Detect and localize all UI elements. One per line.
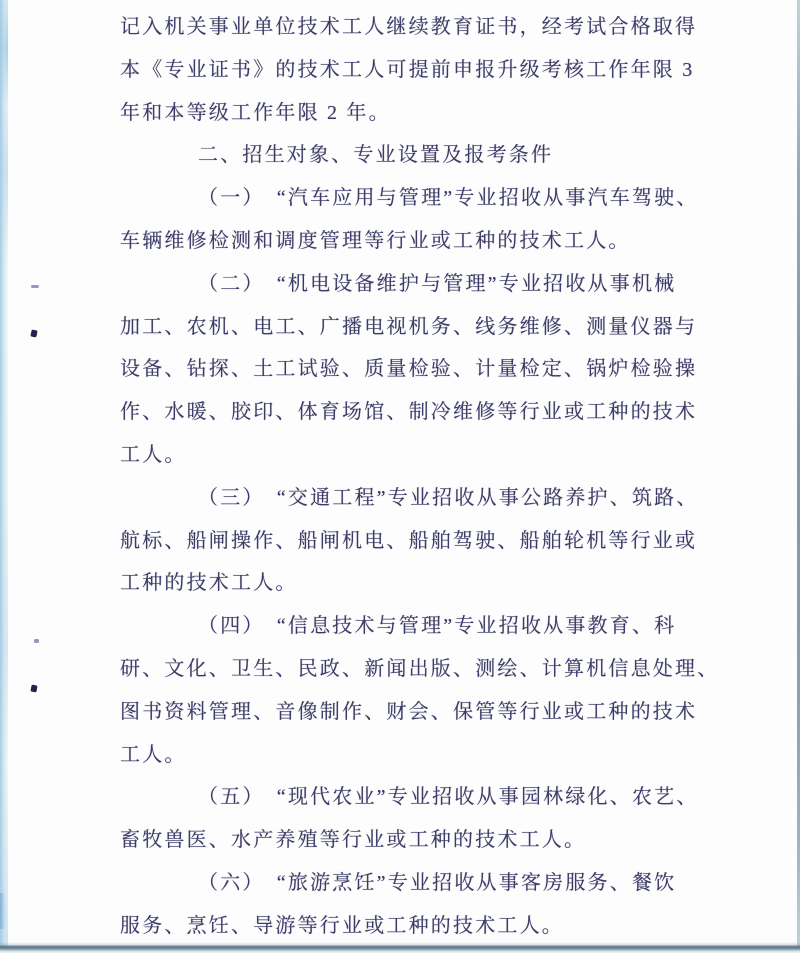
ink-speck [30,685,37,693]
text-line: 二、招生对象、专业设置及报考条件 [120,134,720,177]
text-line: 记入机关事业单位技术工人继续教育证书，经考试合格取得 [120,6,720,49]
text-line: （三） “交通工程”专业招收从事公路养护、筑路、 [120,477,720,520]
text-line: （四） “信息技术与管理”专业招收从事教育、科 [120,605,720,648]
document-page: 记入机关事业单位技术工人继续教育证书，经考试合格取得 本《专业证书》的技术工人可… [0,0,800,953]
document-lines: 记入机关事业单位技术工人继续教育证书，经考试合格取得 本《专业证书》的技术工人可… [120,6,720,948]
text-line: 工人。 [120,734,720,777]
text-line: （一） “汽车应用与管理”专业招收从事汽车驾驶、 [120,177,720,220]
text-line: 工人。 [120,434,720,477]
text-line: 航标、船闸操作、船闸机电、船舶驾驶、船舶轮机等行业或 [120,520,720,563]
text-line: 设备、钻探、土工试验、质量检验、计量检定、锅炉检验操 [120,348,720,391]
scan-edge-bottom [0,942,800,953]
text-line: 图书资料管理、音像制作、财会、保管等行业或工种的技术 [120,691,720,734]
text-line: （六） “旅游烹饪”专业招收从事客房服务、餐饮 [120,862,720,905]
text-line: 本《专业证书》的技术工人可提前申报升级考核工作年限 3 [120,49,720,92]
scan-edge-left-lower-patch [0,893,6,929]
text-line: 研、文化、卫生、民政、新闻出版、测绘、计算机信息处理、 [120,648,720,691]
text-line: 作、水暖、胶印、体育场馆、制冷维修等行业或工种的技术 [120,391,720,434]
text-line: 畜牧兽医、水产养殖等行业或工种的技术工人。 [120,819,720,862]
text-line: 工种的技术工人。 [120,562,720,605]
text-line: 车辆维修检测和调度管理等行业或工种的技术工人。 [120,220,720,263]
text-line: 加工、农机、电工、广播电视机务、线务维修、测量仪器与 [120,306,720,349]
text-line: 年和本等级工作年限 2 年。 [120,92,720,135]
text-line: （二） “机电设备维护与管理”专业招收从事机械 [120,263,720,306]
ink-speck [34,639,39,643]
text-line: （五） “现代农业”专业招收从事园林绿化、农艺、 [120,776,720,819]
scan-edge-left [0,0,8,953]
ink-speck [30,329,37,337]
ink-speck [31,285,39,288]
